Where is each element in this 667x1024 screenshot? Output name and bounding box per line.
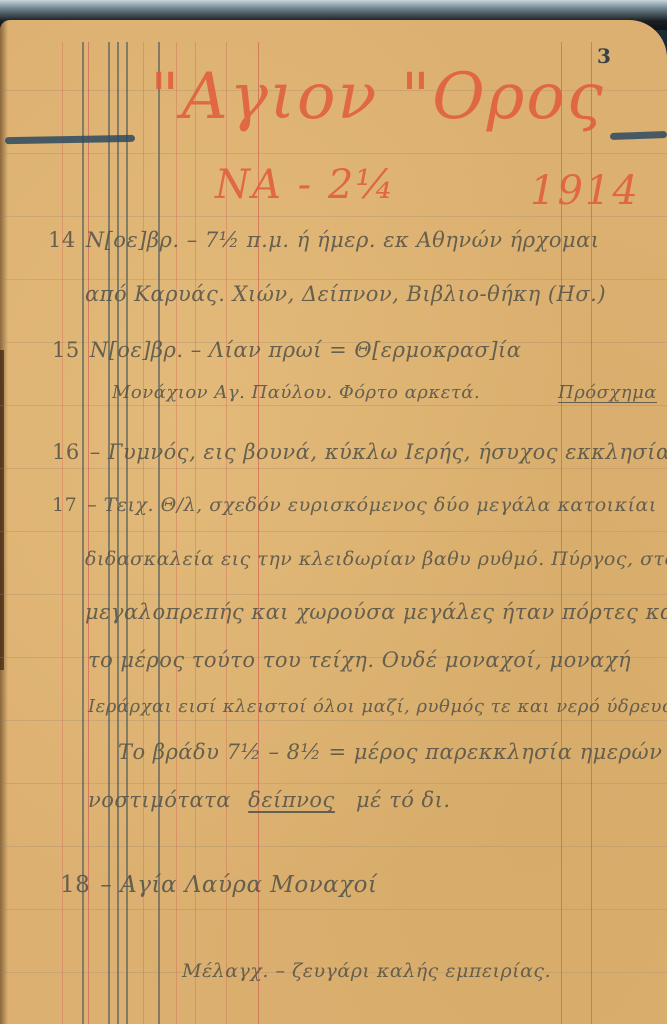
entry-underlined-word: Πρόσχημα: [558, 382, 657, 403]
heading-date: ΝΑ - 2¼: [215, 162, 396, 208]
entry-day: 17: [52, 494, 77, 516]
entry-text: Ν[οε]βρ. – 7½ π.μ. ή ήμερ. εκ Αθηνών ήρχ…: [86, 228, 600, 252]
diary-line: Μέλαγχ. – ζευγάρι καλής εμπειρίας.: [182, 960, 551, 982]
entry-text: από Καρυάς. Χιών, Δείπνον, Βιβλιο-θήκη (…: [85, 282, 606, 306]
notebook-page: 3 "Αγιον "Ορος ΝΑ - 2¼ 1914 14Ν[οε]βρ. –…: [0, 20, 667, 1024]
diary-line: το μέρος τούτο του τείχη. Ουδέ μοναχοί, …: [88, 648, 631, 672]
entry-text-tail: μέ τό δι.: [356, 788, 451, 812]
entry-text: Το βράδυ 7½ – 8½ = μέρος παρεκκλησία ημε…: [118, 740, 662, 764]
entry-text: Μέλαγχ. – ζευγάρι καλής εμπειρίας.: [182, 960, 551, 982]
entry-underlined-word: δείπνος: [248, 788, 335, 812]
entry-text: νοστιμότατα: [88, 788, 231, 812]
entry-text: Ν[οε]βρ. – Λίαν πρωί = Θ[ερμοκρασ]ία: [90, 338, 522, 362]
entry-text: – Γυμνός, εις βουνά, κύκλω Ιερής, ήσυχος…: [90, 440, 667, 464]
entry-text: Ιεράρχαι εισί κλειστοί όλοι μαζί, ρυθμός…: [88, 696, 667, 717]
entry-text: – Τειχ. Θ/λ, σχεδόν ευρισκόμενος δύο μεγ…: [87, 494, 657, 516]
entry-text: μεγαλοπρεπής και χωρούσα μεγάλες ήταν πό…: [85, 600, 667, 624]
entry-day: 18: [60, 872, 90, 898]
entry-text: το μέρος τούτο του τείχη. Ουδέ μοναχοί, …: [88, 648, 631, 672]
entry-day: 14: [48, 228, 76, 252]
heading-title: "Αγιον "Ορος: [150, 60, 605, 134]
entry-text: – Αγία Λαύρα Μοναχοί: [100, 872, 377, 898]
diary-line: από Καρυάς. Χιών, Δείπνον, Βιβλιο-θήκη (…: [85, 282, 606, 306]
diary-line: 14Ν[οε]βρ. – 7½ π.μ. ή ήμερ. εκ Αθηνών ή…: [48, 228, 600, 252]
diary-line: 15Ν[οε]βρ. – Λίαν πρωί = Θ[ερμοκρασ]ία: [52, 338, 521, 362]
diary-line: 17– Τειχ. Θ/λ, σχεδόν ευρισκόμενος δύο μ…: [52, 494, 657, 516]
entry-day: 15: [52, 338, 80, 362]
entry-text: διδασκαλεία εις την κλειδωρίαν βαθυ ρυθμ…: [85, 548, 667, 570]
diary-line: μεγαλοπρεπής και χωρούσα μεγάλες ήταν πό…: [85, 600, 667, 624]
diary-line: 18– Αγία Λαύρα Μοναχοί: [60, 872, 378, 898]
entry-text: Μονάχιον Αγ. Παύλου. Φόρτο αρκετά.: [112, 382, 480, 403]
heading-year: 1914: [530, 168, 640, 214]
diary-line: Ιεράρχαι εισί κλειστοί όλοι μαζί, ρυθμός…: [88, 696, 667, 717]
entry-day: 16: [52, 440, 80, 464]
diary-line: Το βράδυ 7½ – 8½ = μέρος παρεκκλησία ημε…: [118, 740, 662, 764]
diary-line: νοστιμότατα δείπνος μέ τό δι.: [88, 788, 451, 812]
diary-line: διδασκαλεία εις την κλειδωρίαν βαθυ ρυθμ…: [85, 548, 667, 570]
diary-line: 16– Γυμνός, εις βουνά, κύκλω Ιερής, ήσυχ…: [52, 440, 667, 464]
diary-line: Μονάχιον Αγ. Παύλου. Φόρτο αρκετά. Πρόσχ…: [112, 382, 480, 403]
